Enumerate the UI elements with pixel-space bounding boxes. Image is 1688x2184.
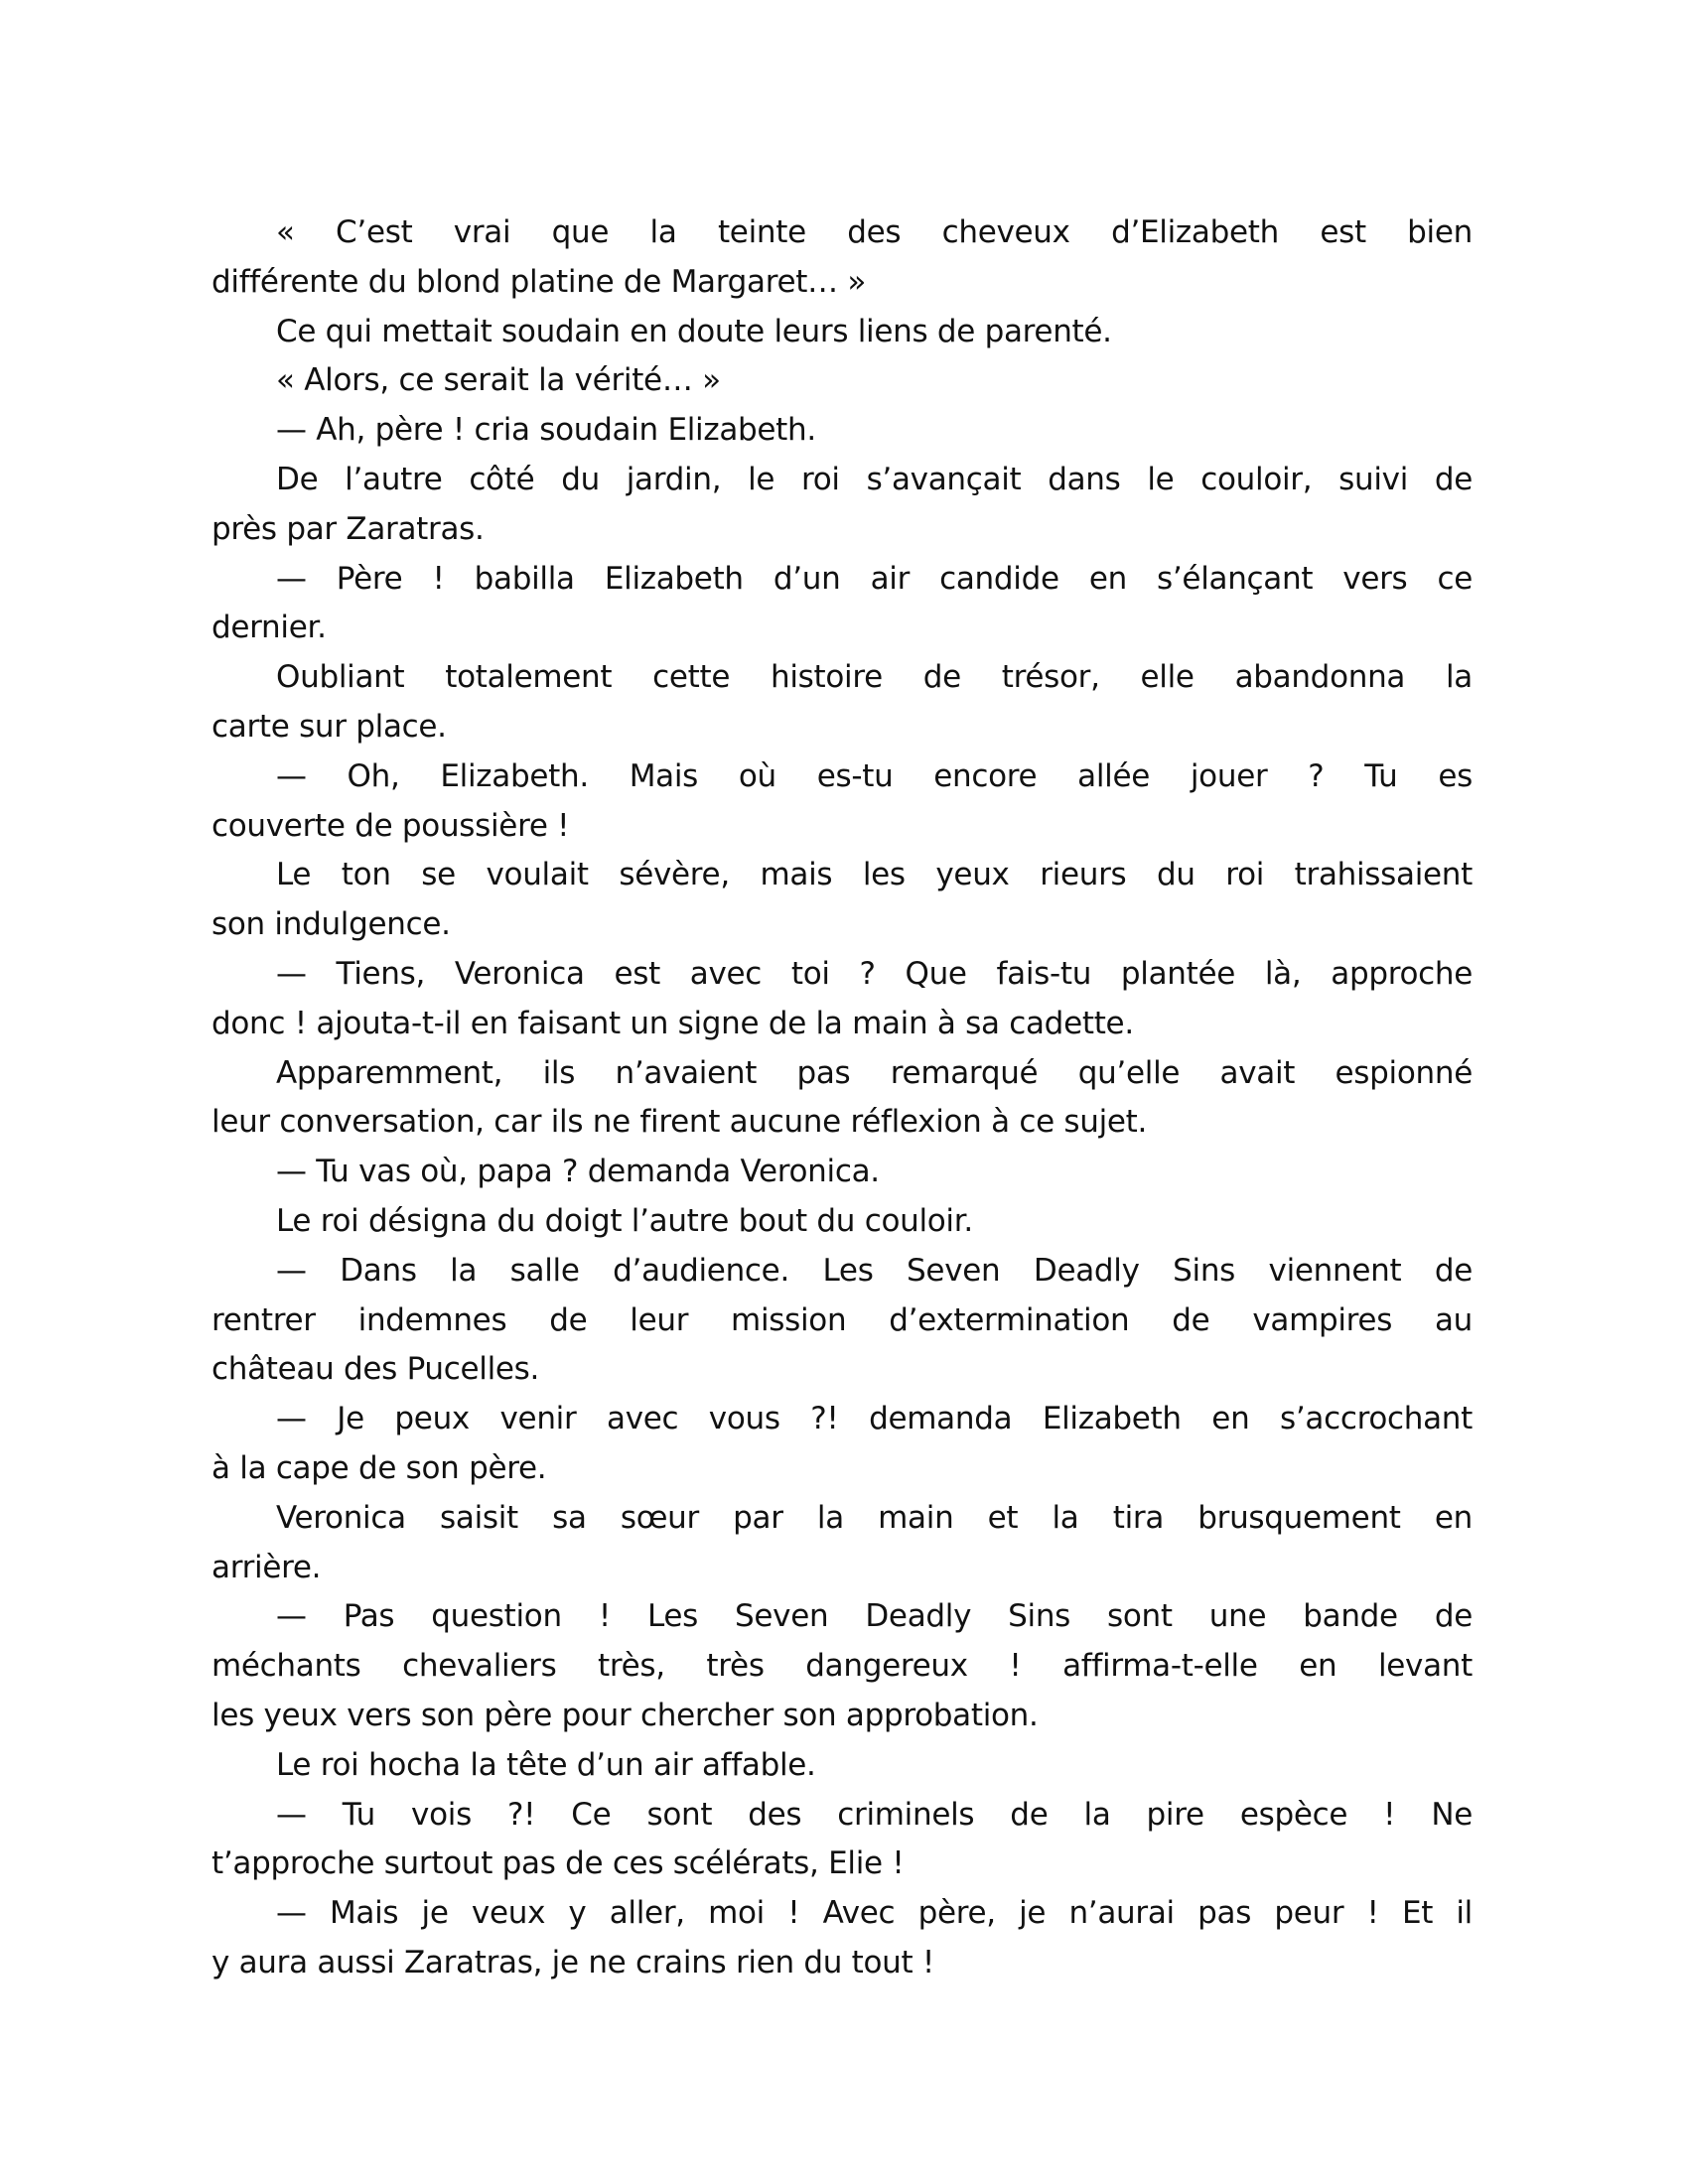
document-page: « C’est vrai que la teinte des cheveux d…: [211, 208, 1473, 1988]
text-line: rentrer indemnes de leur mission d’exter…: [211, 1297, 1473, 1346]
text-line: — Tiens, Veronica est avec toi ? Que fai…: [211, 950, 1473, 1000]
text-line: Le roi désigna du doigt l’autre bout du …: [211, 1197, 1473, 1247]
text-line: Apparemment, ils n’avaient pas remarqué …: [211, 1049, 1473, 1099]
text-line: couverte de poussière !: [211, 802, 1473, 852]
text-line: donc ! ajouta-t-il en faisant un signe d…: [211, 1000, 1473, 1049]
text-line: à la cape de son père.: [211, 1444, 1473, 1494]
text-line: — Ah, père ! cria soudain Elizabeth.: [211, 406, 1473, 456]
text-line: De l’autre côté du jardin, le roi s’avan…: [211, 456, 1473, 505]
text-line: différente du blond platine de Margaret……: [211, 258, 1473, 308]
text-line: « Alors, ce serait la vérité… »: [211, 356, 1473, 406]
text-line: — Tu vois ?! Ce sont des criminels de la…: [211, 1791, 1473, 1841]
text-line: arrière.: [211, 1544, 1473, 1593]
text-line: les yeux vers son père pour chercher son…: [211, 1692, 1473, 1741]
text-line: son indulgence.: [211, 900, 1473, 950]
text-line: — Pas question ! Les Seven Deadly Sins s…: [211, 1592, 1473, 1642]
text-line: Le roi hocha la tête d’un air affable.: [211, 1741, 1473, 1791]
text-line: château des Pucelles.: [211, 1345, 1473, 1395]
text-line: y aura aussi Zaratras, je ne crains rien…: [211, 1939, 1473, 1988]
text-line: leur conversation, car ils ne firent auc…: [211, 1098, 1473, 1148]
text-line: carte sur place.: [211, 703, 1473, 752]
text-line: — Je peux venir avec vous ?! demanda Eli…: [211, 1395, 1473, 1444]
text-line: Ce qui mettait soudain en doute leurs li…: [211, 308, 1473, 357]
text-line: — Dans la salle d’audience. Les Seven De…: [211, 1247, 1473, 1297]
text-line: — Père ! babilla Elizabeth d’un air cand…: [211, 555, 1473, 605]
text-line: « C’est vrai que la teinte des cheveux d…: [211, 208, 1473, 258]
text-line: Le ton se voulait sévère, mais les yeux …: [211, 851, 1473, 900]
text-line: dernier.: [211, 604, 1473, 653]
text-line: près par Zaratras.: [211, 505, 1473, 555]
text-line: méchants chevaliers très, très dangereux…: [211, 1642, 1473, 1692]
text-line: — Oh, Elizabeth. Mais où es-tu encore al…: [211, 752, 1473, 802]
text-line: — Mais je veux y aller, moi ! Avec père,…: [211, 1889, 1473, 1939]
text-line: Veronica saisit sa sœur par la main et l…: [211, 1494, 1473, 1544]
text-line: Oubliant totalement cette histoire de tr…: [211, 653, 1473, 703]
text-line: t’approche surtout pas de ces scélérats,…: [211, 1840, 1473, 1889]
text-line: — Tu vas où, papa ? demanda Veronica.: [211, 1148, 1473, 1197]
